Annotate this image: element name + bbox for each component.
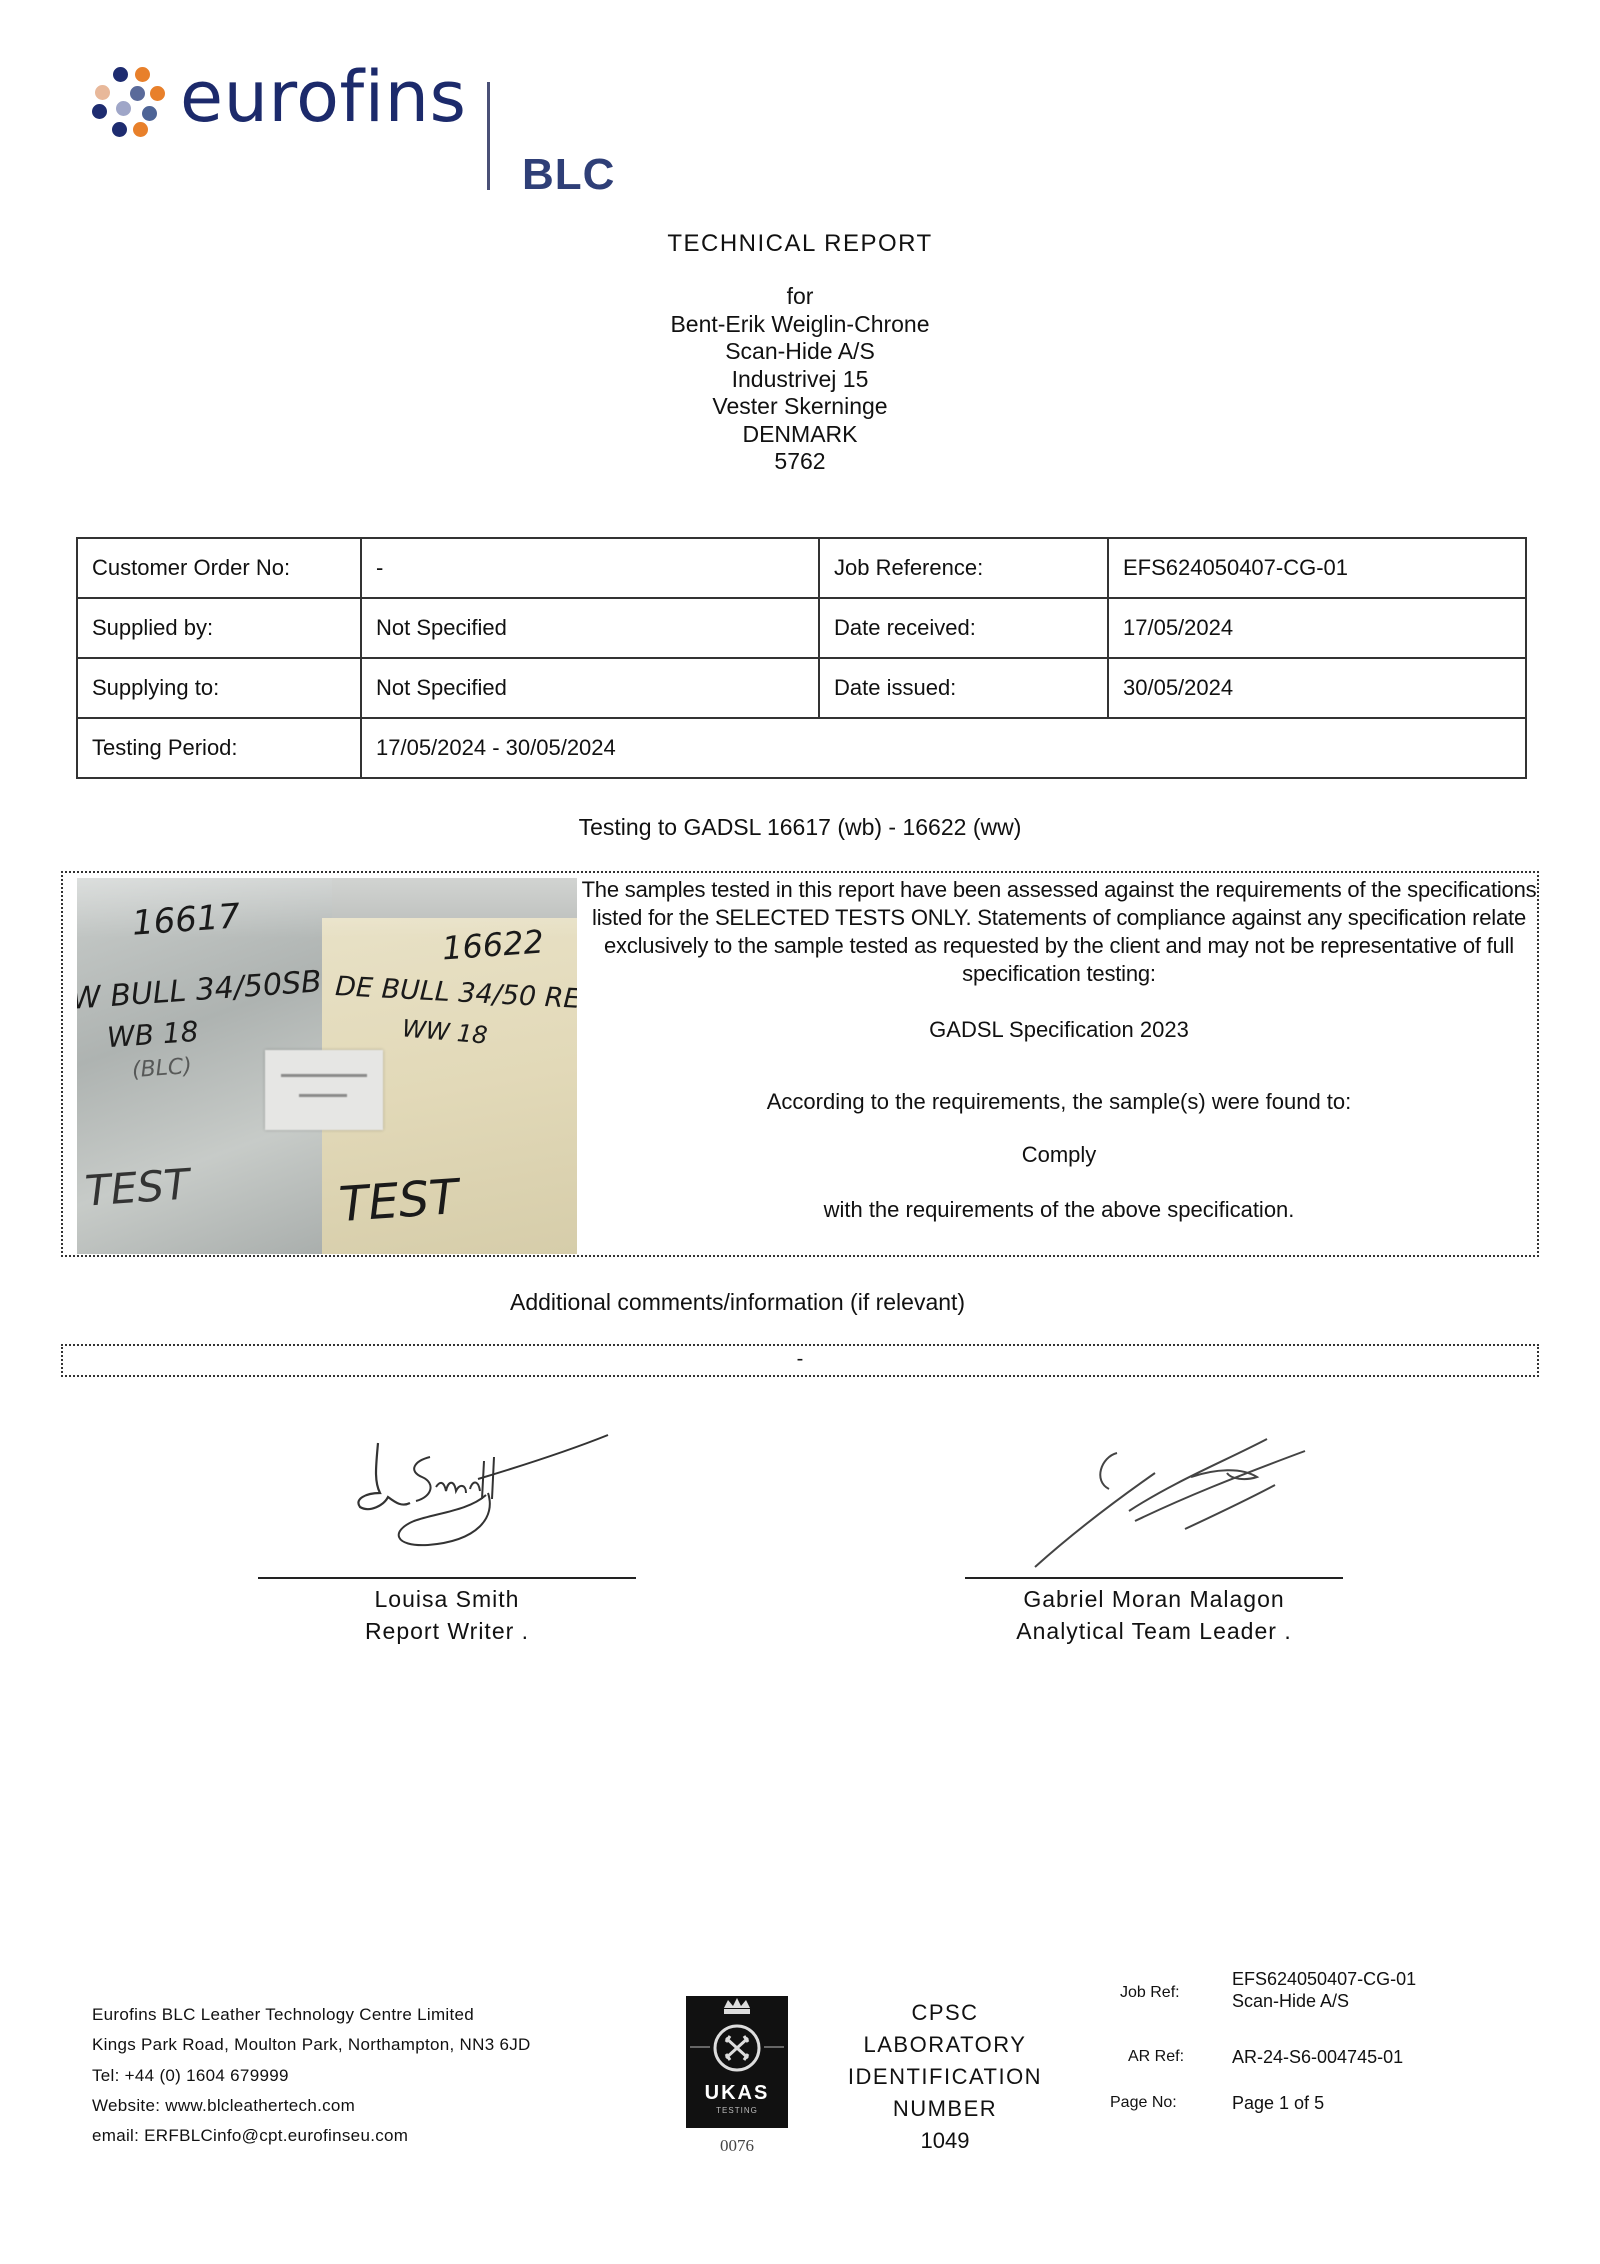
- street-address: Kings Park Road, Moulton Park, Northampt…: [92, 2030, 531, 2060]
- with-requirements-text: with the requirements of the above speci…: [581, 1197, 1537, 1223]
- table-row: Testing Period: 17/05/2024 - 30/05/2024: [77, 718, 1526, 778]
- logo-subbrand: BLC: [522, 150, 615, 200]
- addressee-block: for Bent-Erik Weiglin-Chrone Scan-Hide A…: [0, 283, 1600, 476]
- cpsc-line: LABORATORY: [830, 2029, 1060, 2061]
- value-cell: 17/05/2024 - 30/05/2024: [361, 718, 1526, 778]
- page-no-label: Page No:: [1110, 2094, 1177, 2112]
- testing-to-heading: Testing to GADSL 16617 (wb) - 16622 (ww): [0, 814, 1600, 841]
- ukas-accreditation-mark: UKAS TESTING: [686, 1996, 788, 2128]
- comments-label: Additional comments/information (if rele…: [510, 1289, 965, 1316]
- label-cell: Date issued:: [819, 658, 1108, 718]
- signature-block-report-writer: Louisa Smith Report Writer .: [258, 1421, 638, 1651]
- handwritten-text: 16622: [441, 922, 545, 967]
- value-cell: -: [361, 538, 819, 598]
- table-row: Customer Order No: - Job Reference: EFS6…: [77, 538, 1526, 598]
- sample-photo: 16617 W BULL 34/50SB WB 18 (BLC) TEST 16…: [77, 878, 577, 1254]
- handwritten-text: TEST: [337, 1169, 460, 1233]
- addressee-line: DENMARK: [0, 421, 1600, 449]
- job-ref-value: EFS624050407-CG-01: [1232, 1968, 1416, 1991]
- compliance-box: 16617 W BULL 34/50SB WB 18 (BLC) TEST 16…: [61, 871, 1539, 1257]
- logo-wordmark: eurofins: [180, 56, 466, 138]
- handwritten-text: TEST: [83, 1159, 191, 1215]
- signature-icon: [318, 1421, 648, 1571]
- ar-ref-label: AR Ref:: [1128, 2048, 1184, 2066]
- cpsc-lab-id: CPSC LABORATORY IDENTIFICATION NUMBER 10…: [830, 1997, 1060, 2157]
- signature-line: [965, 1577, 1343, 1579]
- signature-line: [258, 1577, 636, 1579]
- assessment-statement: The samples tested in this report have b…: [581, 876, 1537, 988]
- eurofins-blc-logo: eurofins BLC: [88, 60, 648, 200]
- label-cell: Date received:: [819, 598, 1108, 658]
- handwritten-text: WB 18: [106, 1015, 200, 1054]
- logo-divider: [487, 82, 490, 190]
- signature-block-team-leader: Gabriel Moran Malagon Analytical Team Le…: [965, 1421, 1345, 1651]
- table-row: Supplying to: Not Specified Date issued:…: [77, 658, 1526, 718]
- cpsc-line: CPSC: [830, 1997, 1060, 2029]
- ukas-label: UKAS: [686, 2082, 788, 2105]
- email-link[interactable]: email: ERFBLCinfo@cpt.eurofinseu.com: [92, 2121, 531, 2151]
- website-link[interactable]: Website: www.blcleathertech.com: [92, 2091, 531, 2121]
- cpsc-line: NUMBER: [830, 2093, 1060, 2125]
- signatory-role: Analytical Team Leader .: [965, 1618, 1343, 1645]
- addressee-line: 5762: [0, 448, 1600, 476]
- label-cell: Testing Period:: [77, 718, 361, 778]
- company-name: Eurofins BLC Leather Technology Centre L…: [92, 2000, 531, 2030]
- page-no-value: Page 1 of 5: [1232, 2092, 1324, 2115]
- signatory-name: Louisa Smith: [258, 1586, 636, 1613]
- value-cell: 17/05/2024: [1108, 598, 1526, 658]
- handwritten-text: (BLC): [131, 1054, 192, 1083]
- specification-name: GADSL Specification 2023: [581, 1017, 1537, 1043]
- addressee-line: for: [0, 283, 1600, 311]
- table-row: Supplied by: Not Specified Date received…: [77, 598, 1526, 658]
- cpsc-line: IDENTIFICATION: [830, 2061, 1060, 2093]
- signatory-name: Gabriel Moran Malagon: [965, 1586, 1343, 1613]
- job-ref-client: Scan-Hide A/S: [1232, 1990, 1349, 2013]
- found-to-text: According to the requirements, the sampl…: [581, 1089, 1537, 1115]
- addressee-line: Industrivej 15: [0, 366, 1600, 394]
- telephone: Tel: +44 (0) 1604 679999: [92, 2061, 531, 2091]
- cpsc-number: 1049: [830, 2125, 1060, 2157]
- report-title: TECHNICAL REPORT: [0, 230, 1600, 258]
- ukas-number: 0076: [686, 2136, 788, 2156]
- value-cell: EFS624050407-CG-01: [1108, 538, 1526, 598]
- signatory-role: Report Writer .: [258, 1618, 636, 1645]
- addressee-line: Vester Skerninge: [0, 393, 1600, 421]
- addressee-line: Scan-Hide A/S: [0, 338, 1600, 366]
- label-cell: Supplied by:: [77, 598, 361, 658]
- value-cell: 30/05/2024: [1108, 658, 1526, 718]
- sample-label-card: [265, 1050, 383, 1130]
- label-cell: Supplying to:: [77, 658, 361, 718]
- compliance-verdict: Comply: [581, 1142, 1537, 1168]
- comments-box: -: [61, 1344, 1539, 1377]
- addressee-line: Bent-Erik Weiglin-Chrone: [0, 311, 1600, 339]
- ukas-sub-label: TESTING: [686, 2106, 788, 2115]
- footer-address: Eurofins BLC Leather Technology Centre L…: [92, 2000, 531, 2151]
- handwritten-text: 16617: [131, 896, 242, 943]
- ar-ref-value: AR-24-S6-004745-01: [1232, 2046, 1403, 2069]
- report-info-table: Customer Order No: - Job Reference: EFS6…: [76, 537, 1527, 779]
- signature-icon: [1005, 1421, 1335, 1581]
- label-cell: Customer Order No:: [77, 538, 361, 598]
- value-cell: Not Specified: [361, 598, 819, 658]
- value-cell: Not Specified: [361, 658, 819, 718]
- crown-icon: [686, 1996, 788, 2082]
- label-cell: Job Reference:: [819, 538, 1108, 598]
- compliance-statement: The samples tested in this report have b…: [581, 873, 1537, 1223]
- job-ref-label: Job Ref:: [1120, 1984, 1180, 2002]
